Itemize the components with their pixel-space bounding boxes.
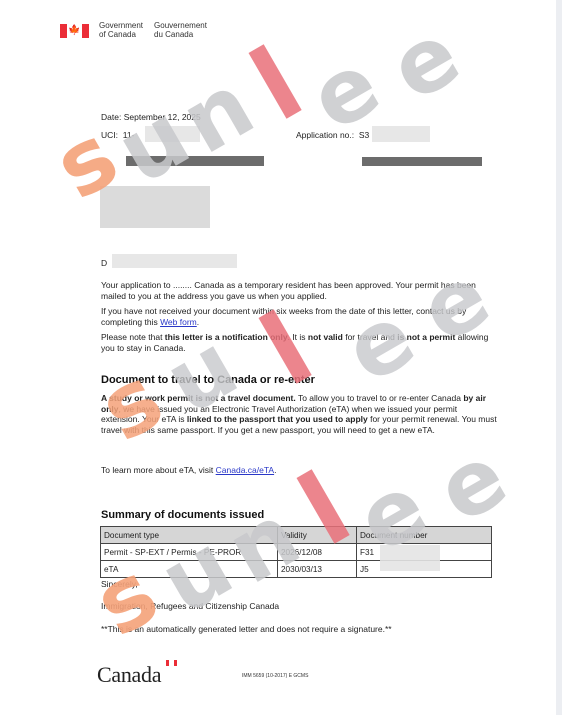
watermark-letter-l: l	[237, 33, 317, 137]
form-code: IMM 5659 (10-2017) E GCMS	[242, 673, 308, 679]
salutation: D	[101, 258, 107, 269]
closing-sincerely: Sincerely,	[101, 579, 138, 590]
travel-paragraph: A study or work permit is not a travel d…	[101, 393, 497, 435]
uci-field: UCI: 11-	[101, 130, 134, 141]
validity-cell: 2030/03/13	[278, 561, 357, 578]
canada-flag-icon: 🍁	[60, 24, 89, 38]
document-type-cell: eTA	[101, 561, 278, 578]
summary-heading: Summary of documents issued	[101, 509, 264, 521]
canada-wordmark: Canada	[97, 662, 161, 688]
travel-section-heading: Document to travel to Canada or re-enter	[101, 374, 315, 386]
auto-generated-note: **This is an automatically generated let…	[101, 624, 392, 635]
watermark-letter-e: e	[424, 431, 520, 537]
validity-cell: 2026/12/08	[278, 544, 357, 561]
redacted-application-number	[372, 126, 430, 142]
signatory: Immigration, Refugees and Citizenship Ca…	[101, 601, 279, 612]
letter-date: Date: September 12, 2025	[101, 112, 201, 123]
redacted-barcode	[126, 156, 264, 166]
document-type-cell: Permit - SP-EXT / Permis - PE-PROR	[101, 544, 278, 561]
web-form-paragraph: If you have not received your document w…	[101, 306, 496, 327]
approval-paragraph: Your application to ........ Canada as a…	[101, 280, 491, 301]
redacted-address	[100, 186, 210, 228]
government-of-canada-signature: 🍁 Government of Canada Gouvernement du C…	[60, 22, 207, 39]
watermark-letter-e: e	[377, 9, 473, 115]
redacted-document-numbers	[380, 545, 440, 571]
eta-info-paragraph: To learn more about eTA, visit Canada.ca…	[101, 465, 276, 476]
watermark-letter-u: u	[104, 90, 202, 198]
column-header: Validity	[278, 527, 357, 544]
application-number-field: Application no.: S3	[296, 130, 369, 141]
notification-paragraph: Please note that this letter is a notifi…	[101, 332, 496, 353]
redacted-barcode-2	[362, 157, 482, 166]
web-form-link[interactable]: Web form	[160, 317, 197, 327]
eta-link[interactable]: Canada.ca/eTA	[216, 465, 274, 475]
page-edge	[556, 0, 562, 715]
org-name-english: Government of Canada	[99, 22, 143, 39]
table-header-row: Document type Validity Document number	[101, 527, 492, 544]
redacted-name	[112, 254, 237, 268]
redacted-uci	[145, 126, 200, 142]
column-header: Document type	[101, 527, 278, 544]
org-name-french: Gouvernement du Canada	[154, 22, 207, 39]
column-header: Document number	[357, 527, 492, 544]
letter-page: 🍁 Government of Canada Gouvernement du C…	[0, 0, 556, 715]
canada-wordmark-flag-icon	[166, 660, 177, 666]
